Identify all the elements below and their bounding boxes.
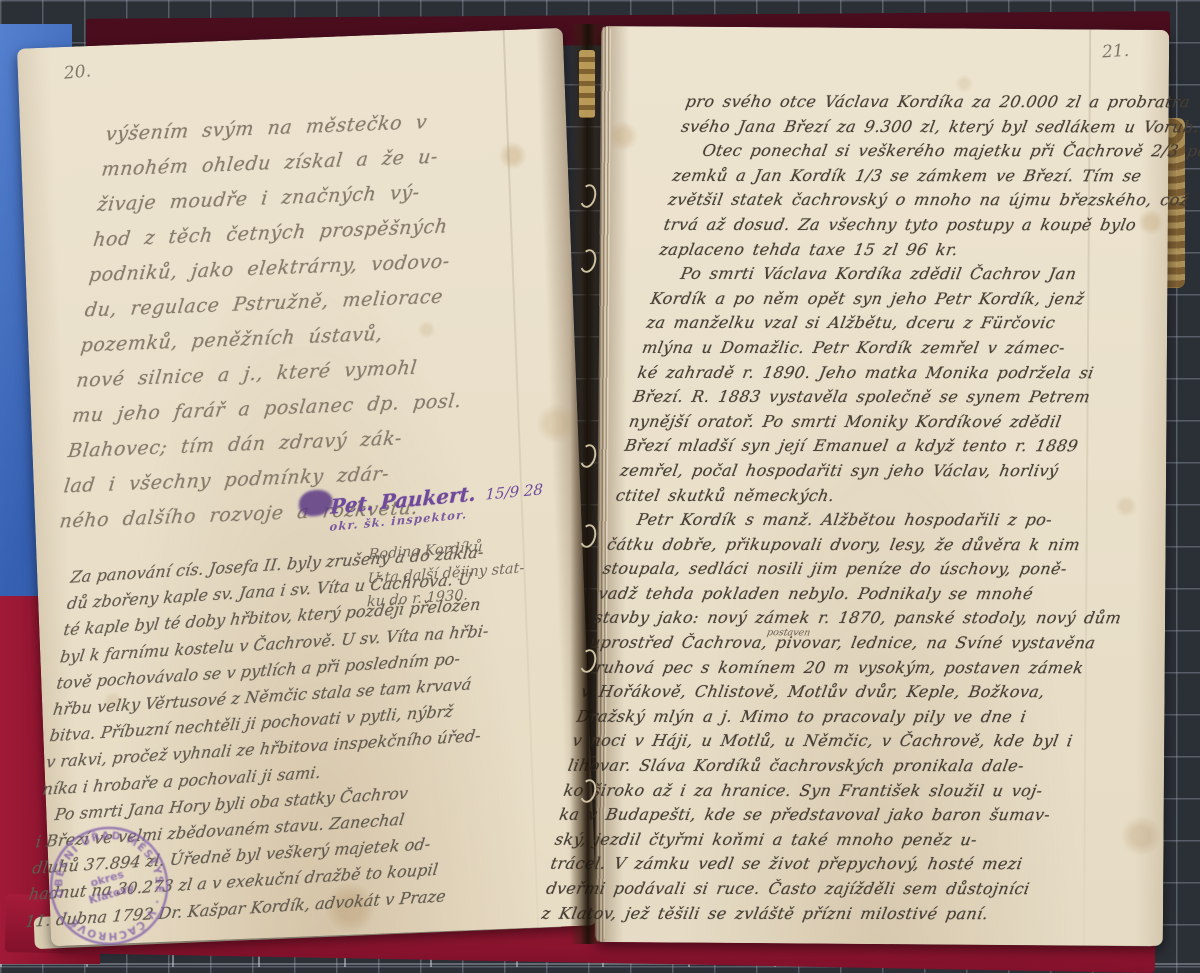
handwritten-line: ko široko až i za hranice. Syn František… — [562, 778, 1111, 803]
binding-thread — [577, 182, 598, 209]
binding-thread — [577, 247, 598, 274]
handwritten-line: zvětšil statek čachrovský o mnoho na újm… — [666, 188, 1200, 213]
binding-thread — [577, 777, 598, 804]
handwritten-line: uprostřed Čachrova, pivovar, lednice, na… — [588, 631, 1137, 656]
handwritten-line: vadž tehda pokladen nebylo. Podnikaly se… — [596, 582, 1145, 607]
handwritten-line: dveřmi podávali si ruce. Často zajížděli… — [544, 877, 1093, 902]
handwritten-line: Petr Kordík s manž. Alžbětou hospodařili… — [609, 508, 1158, 533]
page-number-left: 20. — [63, 61, 92, 83]
handwritten-line: v Hořákově, Chlistově, Motlův dvůr, Kepl… — [579, 680, 1128, 705]
handwritten-line: trvá až dosud. Za všechny tyto postupy a… — [662, 213, 1200, 238]
binding-thread — [577, 522, 598, 549]
binding-thread — [577, 442, 598, 469]
page-number-right: 21. — [1101, 41, 1129, 63]
interlinear-note: postaven — [766, 627, 811, 638]
page-right: 21. pro svého otce Václava Kordíka za 20… — [595, 26, 1169, 946]
handwritten-line: svého Jana Březí za 9.300 zl, který byl … — [679, 114, 1200, 139]
handwritten-line: zemků a Jan Kordík 1/3 se zámkem ve Břez… — [670, 164, 1200, 189]
handwritten-line: kruhová pec s komínem 20 m vysokým, post… — [583, 655, 1132, 680]
handwritten-line: Březí. R. 1883 vystavěla společně se syn… — [631, 385, 1180, 410]
binding-thread — [577, 647, 598, 674]
handwritten-line: za manželku vzal si Alžbětu, dceru z Für… — [644, 311, 1193, 336]
handwritten-line: stoupala, sedláci nosili jim peníze do ú… — [601, 557, 1150, 582]
handwritten-line: zaplaceno tehda taxe 15 zl 96 kr. — [657, 237, 1200, 262]
handwritten-line: lihovar. Sláva Kordíků čachrovských pron… — [566, 754, 1115, 779]
stamp-ring-text: OBECNÍ ÚŘAD MĚSTYSE · V ČACHROVĚ · — [39, 815, 178, 955]
handwritten-line: ka v Budapešti, kde se představoval jako… — [557, 803, 1106, 828]
handwritten-line: Po smrti Václava Kordíka zdědil Čachrov … — [653, 262, 1200, 287]
handwritten-line: ský, jezdil čtyřmi koňmi a také mnoho pe… — [553, 828, 1102, 853]
page-left: 20. výšením svým na městečko vmnohém ohl… — [17, 28, 597, 946]
handwritten-line: ké zahradě r. 1890. Jeho matka Monika po… — [636, 360, 1185, 385]
handwritten-line: pro svého otce Václava Kordíka za 20.000… — [684, 90, 1200, 115]
handwritten-line: z Klatov, jež těšili se zvláště přízni m… — [540, 901, 1089, 926]
handwritten-line: čátku dobře, přikupovali dvory, lesy, že… — [605, 532, 1154, 557]
main-paragraph: výšením svým na městečko vmnohém ohledu … — [58, 100, 548, 539]
binding-headband — [579, 50, 595, 118]
handwritten-line: ctitel skutků německých. — [614, 483, 1163, 508]
handwritten-line: trácel. V zámku vedl se život přepychový… — [548, 852, 1097, 877]
book-scan: 20. výšením svým na městečko vmnohém ohl… — [0, 0, 1200, 973]
handwritten-line: v noci v Háji, u Motlů, u Němčic, v Čach… — [570, 729, 1119, 754]
handwritten-line: mlýna u Domažlic. Petr Kordík zemřel v z… — [640, 336, 1189, 361]
handwritten-line: Otec ponechal si veškerého majetku při Č… — [675, 139, 1200, 164]
handwritten-line: Kordík a po něm opět syn jeho Petr Kordí… — [649, 287, 1198, 312]
page-text-right: pro svého otce Václava Kordíka za 20.000… — [540, 90, 1200, 927]
handwritten-line: zemřel, počal hospodařiti syn jeho Václa… — [618, 459, 1167, 484]
handwritten-line: Dražský mlýn a j. Mimo to pracovaly pily… — [575, 705, 1124, 730]
handwritten-line: Březí mladší syn její Emanuel a když ten… — [623, 434, 1172, 459]
handwritten-line: stavby jako: nový zámek r. 1870, panské … — [592, 606, 1141, 631]
handwritten-line: nynější oratoř. Po smrti Moniky Kordíkov… — [627, 410, 1176, 435]
binding-gutter — [570, 24, 606, 944]
